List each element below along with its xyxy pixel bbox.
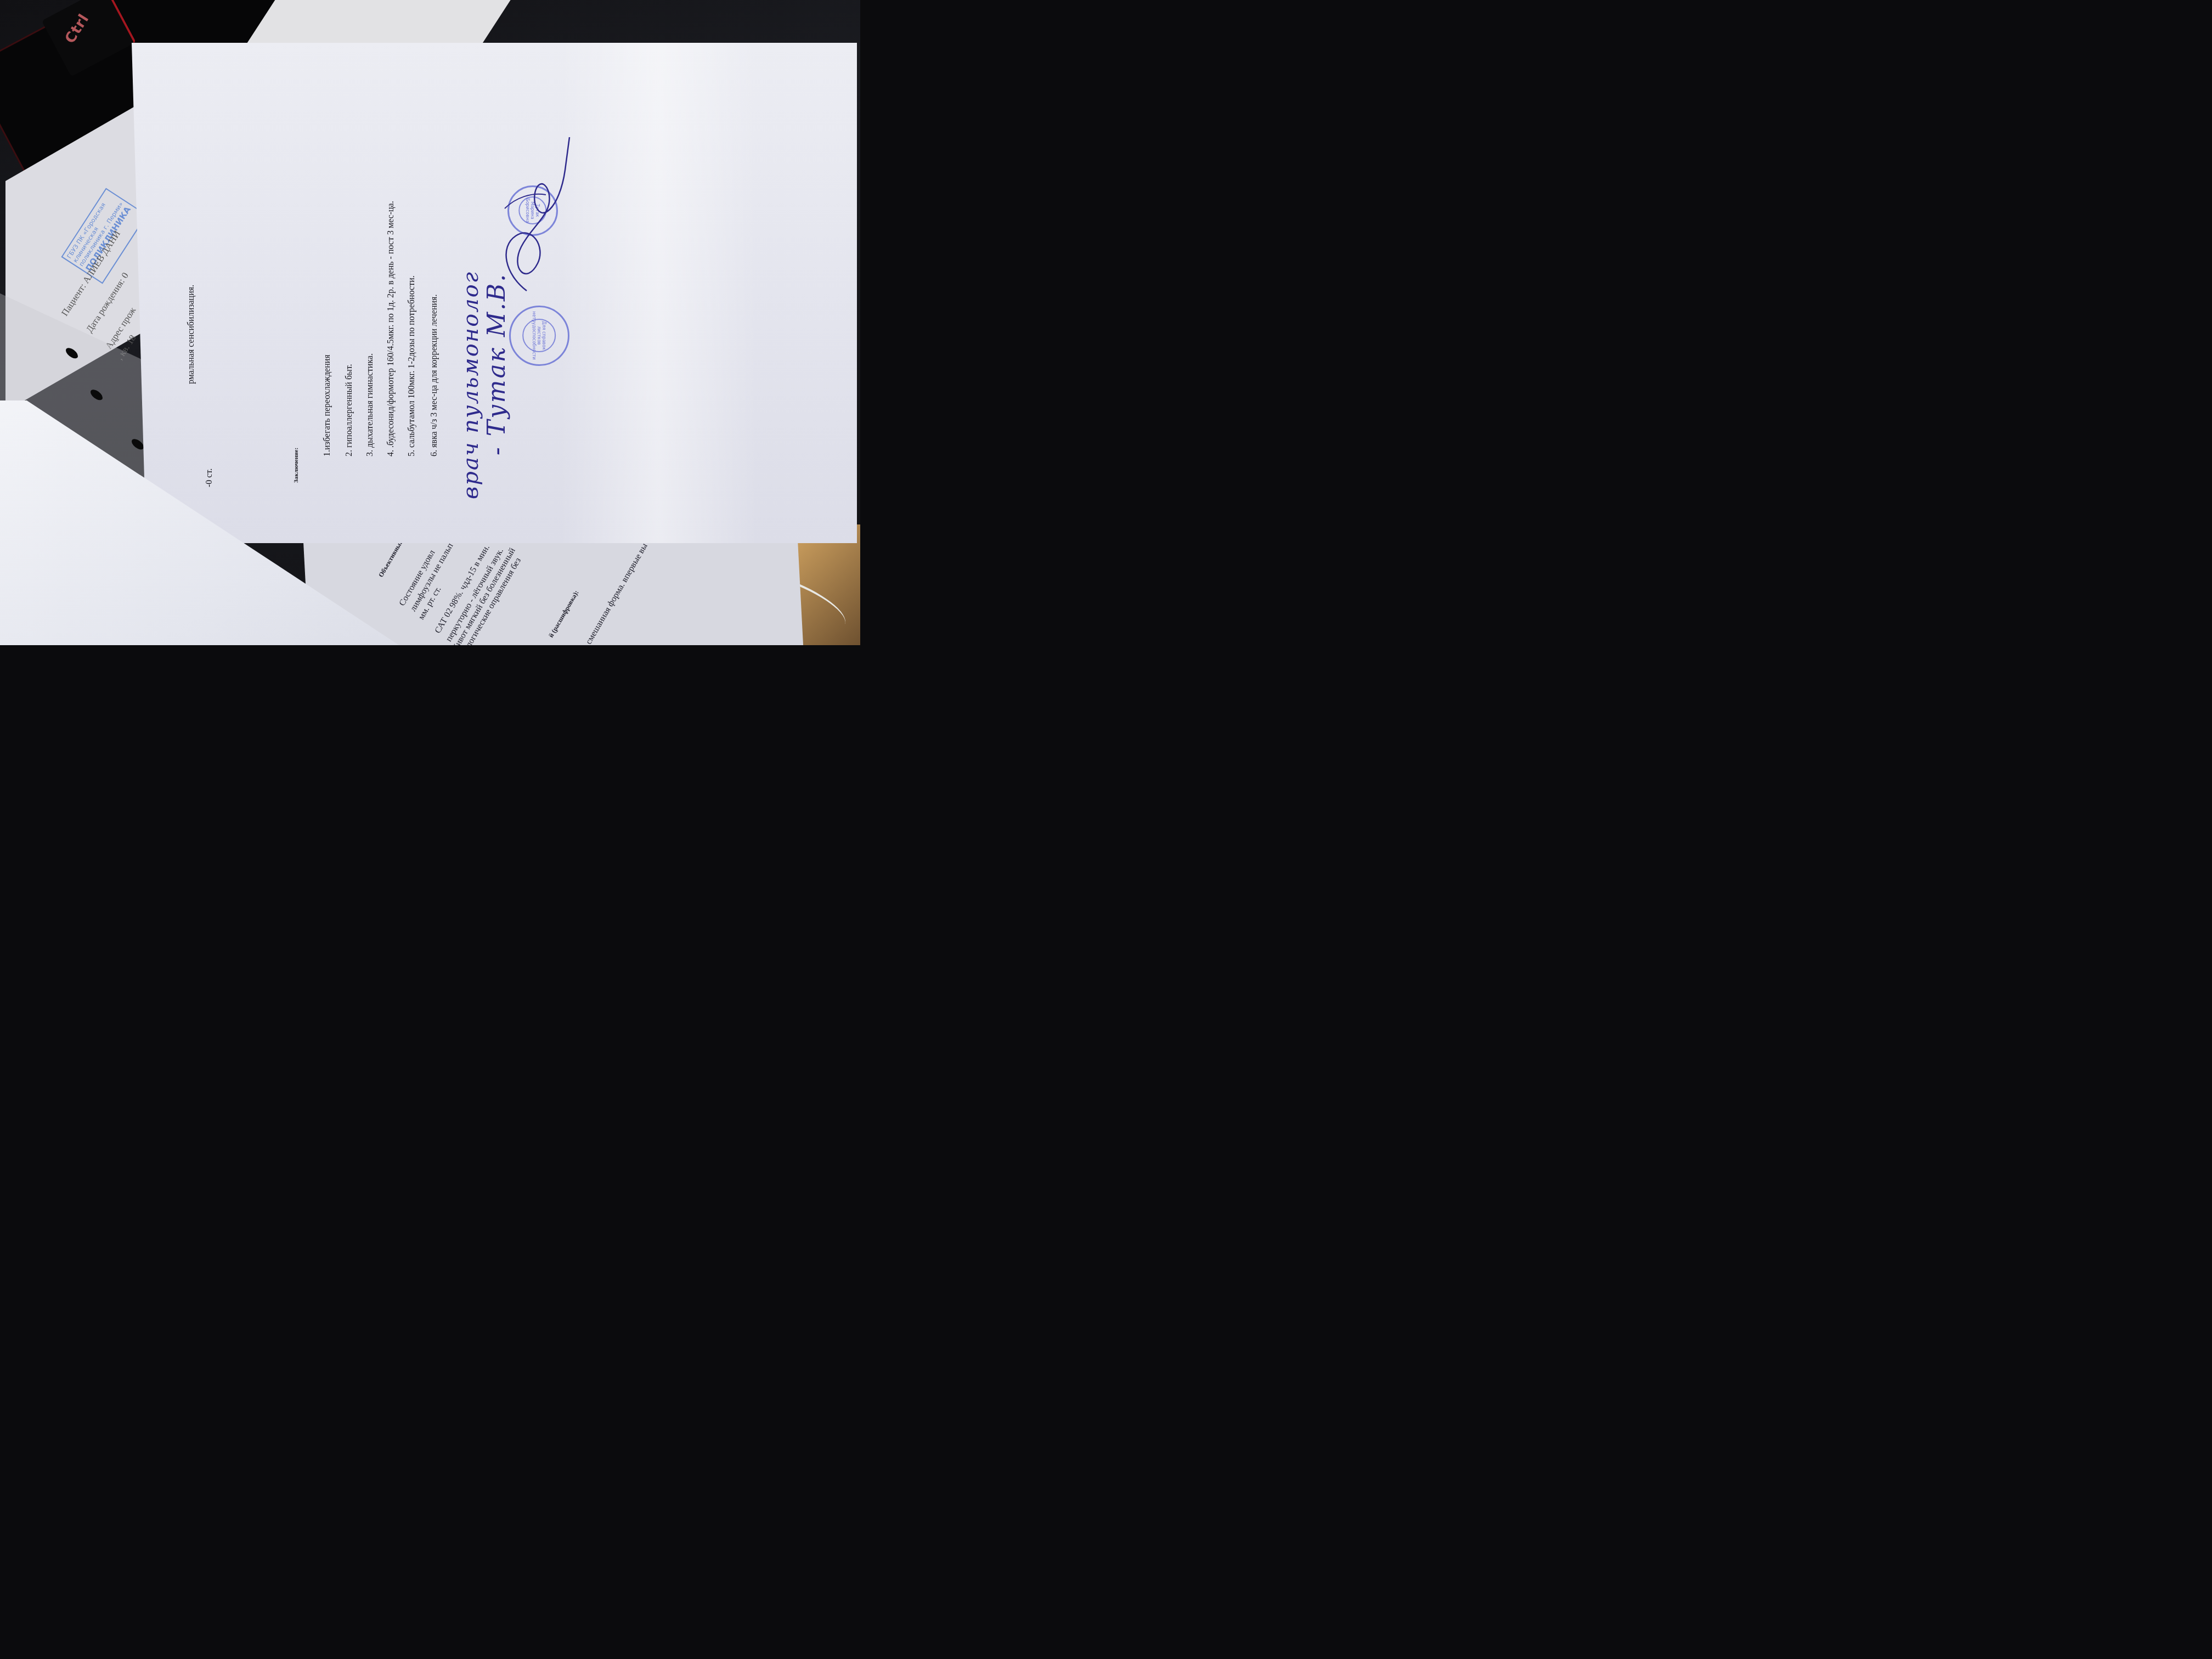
handwritten-doctor-name: - Тутак М.В.	[483, 273, 511, 455]
handwritten-role: врач пульмонолог	[458, 271, 483, 499]
recommendation-item: 1.избегать переохлаждения	[323, 354, 332, 456]
degree-fragment: -0 ст.	[205, 469, 215, 487]
recommendation-item: 4. .будесонид/формотер 160/4.5мкг. по 1д…	[386, 201, 396, 456]
doctor-signature	[494, 137, 571, 296]
sensitization-fragment: рмальная сенсибилизация.	[187, 285, 196, 384]
conclusion-heading: Заключение:	[293, 448, 300, 483]
photo-scene: Ctrl ния: 20.08.2024 ГБУЗ ПК «Городская …	[0, 0, 860, 645]
light-glare	[560, 43, 757, 543]
recommendation-item: 2. гипоаллергенный быт.	[345, 364, 354, 456]
clinic-round-stamp: Для справок листков нетрудоспособности	[509, 306, 569, 366]
punch-hole	[91, 388, 103, 402]
recommendation-item: 6. явка ч/з 3 мес-ца для коррекции лечен…	[430, 295, 439, 456]
punch-hole	[132, 437, 144, 452]
ctrl-key-label: Ctrl	[62, 11, 93, 46]
recommendation-item: 3. дыхательная гимнастика.	[365, 353, 375, 456]
punch-hole	[66, 346, 78, 360]
stamp-center-text: Для справок листков нетрудоспособности	[522, 319, 556, 352]
recommendation-item: 5. сальбутамол 100мкг. 1-2дозы по потреб…	[407, 275, 417, 456]
